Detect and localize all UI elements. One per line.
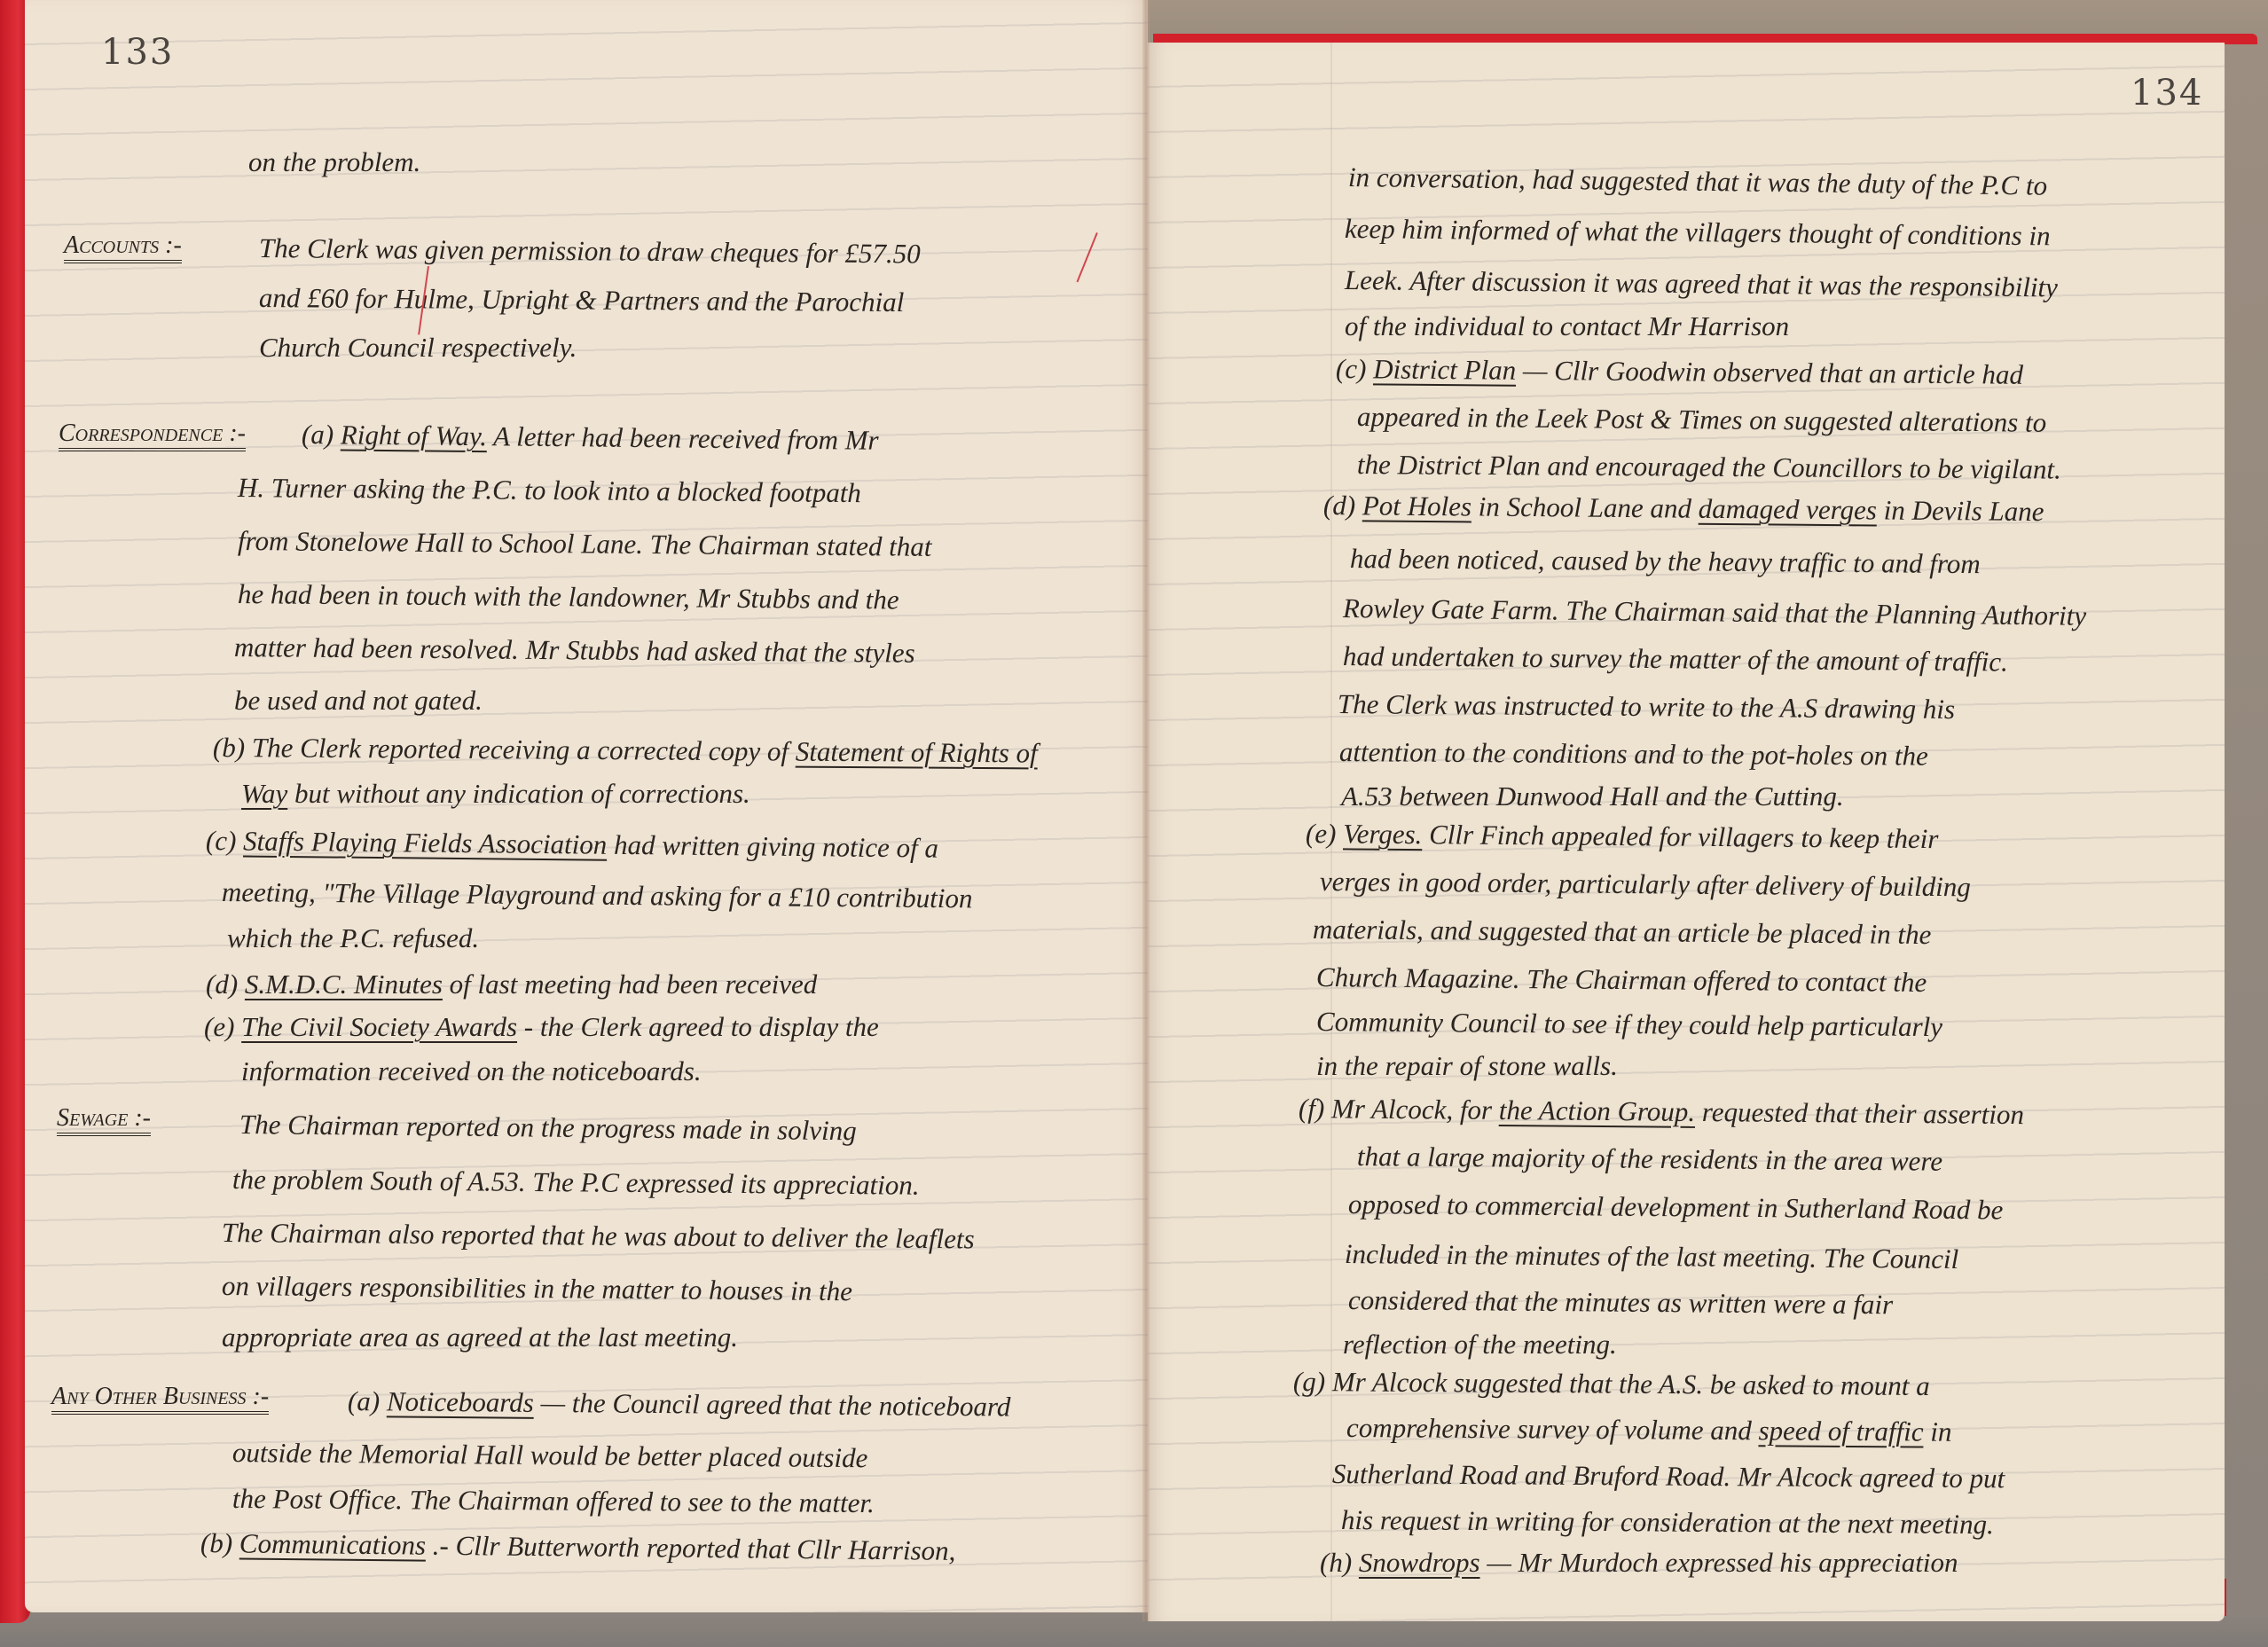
accounts-line-1: The Clerk was given permission to draw c…: [259, 232, 921, 271]
pot-holes-line-1: (d) Pot Holes in School Lane and damaged…: [1323, 490, 2044, 528]
district-plan-line-2: appeared in the Leek Post & Times on sug…: [1357, 401, 2047, 439]
heading-snowdrops: Snowdrops: [1359, 1547, 1480, 1578]
heading-right-of-way: Right of Way.: [341, 419, 487, 451]
heading-speed-of-traffic: speed of traffic: [1758, 1415, 1923, 1447]
heading-smdc-minutes: S.M.D.C. Minutes: [245, 969, 443, 1000]
heading-verges: Verges.: [1343, 818, 1423, 850]
communications-cont-line-4: of the individual to contact Mr Harrison: [1345, 310, 1789, 342]
correspondence-a-line-3: from Stonelowe Hall to School Lane. The …: [238, 525, 932, 563]
traffic-survey-line-4: his request in writing for consideration…: [1341, 1504, 1994, 1541]
verges-line-2: verges in good order, particularly after…: [1320, 866, 1971, 903]
verges-line-5: Community Council to see if they could h…: [1316, 1006, 1942, 1043]
action-group-line-4: included in the minutes of the last meet…: [1345, 1238, 1959, 1275]
verges-line-4: Church Magazine. The Chairman offered to…: [1316, 961, 1927, 999]
pot-holes-line-4: had undertaken to survey the matter of t…: [1343, 640, 2008, 678]
book-gutter: [1142, 0, 1150, 1621]
action-group-line-5: considered that the minutes as written w…: [1348, 1284, 1893, 1321]
verges-line-3: materials, and suggested that an article…: [1313, 914, 1932, 951]
sewage-line-4: on villagers responsibilities in the mat…: [222, 1270, 852, 1307]
accounts-line-3: Church Council respectively.: [259, 332, 577, 364]
heading-communications: Communications: [239, 1527, 426, 1560]
correspondence-b-line-2: Way but without any indication of correc…: [241, 778, 750, 810]
pot-holes-line-7: A.53 between Dunwood Hall and the Cuttin…: [1341, 780, 1844, 812]
heading-civil-society-awards: The Civil Society Awards: [241, 1011, 517, 1042]
sewage-line-3: The Chairman also reported that he was a…: [222, 1217, 975, 1255]
traffic-survey-line-2: comprehensive survey of volume and speed…: [1346, 1412, 1952, 1448]
section-heading-correspondence: Correspondence :-: [59, 420, 246, 451]
verges-line-1: (e) Verges. Cllr Finch appealed for vill…: [1306, 818, 1939, 855]
verges-line-6: in the repair of stone walls.: [1316, 1050, 1618, 1082]
district-plan-line-1: (c) District Plan — Cllr Goodwin observe…: [1336, 353, 2023, 391]
correspondence-e-line-2: information received on the noticeboards…: [241, 1055, 702, 1087]
section-heading-accounts: Accounts :-: [64, 232, 182, 263]
correspondence-a-line-2: H. Turner asking the P.C. to look into a…: [238, 472, 861, 509]
sewage-line-5: appropriate area as agreed at the last m…: [222, 1322, 738, 1353]
sewage-line-2: the problem South of A.53. The P.C expre…: [232, 1164, 920, 1202]
correspondence-a-line-1: (a) Right of Way. A letter had been rece…: [302, 419, 879, 457]
section-heading-sewage: Sewage :-: [57, 1105, 151, 1136]
aob-a-line-3: the Post Office. The Chairman offered to…: [232, 1483, 875, 1519]
sewage-line-1: The Chairman reported on the progress ma…: [239, 1109, 857, 1147]
district-plan-line-3: the District Plan and encouraged the Cou…: [1357, 449, 2061, 486]
correspondence-a-line-5: matter had been resolved. Mr Stubbs had …: [234, 631, 915, 670]
heading-pot-holes: Pot Holes: [1362, 490, 1471, 522]
action-group-line-6: reflection of the meeting.: [1343, 1329, 1617, 1361]
heading-district-plan: District Plan: [1373, 353, 1516, 385]
heading-action-group: the Action Group.: [1499, 1094, 1696, 1127]
heading-statement-of-rights: Statement of Rights of: [796, 736, 1038, 769]
action-group-line-3: opposed to commercial development in Sut…: [1348, 1188, 2004, 1226]
snowdrops-line-1: (h) Snowdrops — Mr Murdoch expressed his…: [1320, 1547, 1958, 1579]
action-group-line-1: (f) Mr Alcock, for the Action Group. req…: [1299, 1093, 2024, 1131]
heading-damaged-verges: damaged verges: [1699, 493, 1877, 526]
heading-staffs-playing-fields: Staffs Playing Fields Association: [243, 825, 608, 859]
pot-holes-line-2: had been noticed, caused by the heavy tr…: [1350, 543, 1981, 580]
correspondence-c-line-2: meeting, "The Village Playground and ask…: [222, 876, 973, 914]
section-heading-any-other-business: Any Other Business :-: [51, 1384, 269, 1415]
action-group-line-2: that a large majority of the residents i…: [1357, 1141, 1942, 1178]
correspondence-e-line-1: (e) The Civil Society Awards - the Clerk…: [204, 1011, 879, 1043]
correspondence-a-line-6: be used and not gated.: [234, 685, 483, 717]
correspondence-c-line-3: which the P.C. refused.: [227, 922, 479, 954]
carryover-line: on the problem.: [248, 146, 420, 178]
correspondence-b-line-1: (b) The Clerk reported receiving a corre…: [213, 732, 1038, 769]
correspondence-d-line-1: (d) S.M.D.C. Minutes of last meeting had…: [206, 969, 817, 1000]
heading-noticeboards: Noticeboards: [387, 1385, 534, 1417]
aob-a-line-2: outside the Memorial Hall would be bette…: [232, 1437, 868, 1474]
pot-holes-line-6: attention to the conditions and to the p…: [1339, 736, 1928, 773]
aob-a-line-1: (a) Noticeboards — the Council agreed th…: [348, 1385, 1011, 1423]
page-number-right: 134: [2131, 73, 2203, 114]
traffic-survey-line-1: (g) Mr Alcock suggested that the A.S. be…: [1293, 1366, 1930, 1402]
page-number-left: 133: [101, 32, 174, 73]
correspondence-a-line-4: he had been in touch with the landowner,…: [238, 578, 899, 616]
accounts-line-2: and £60 for Hulme, Upright & Partners an…: [259, 282, 905, 318]
pot-holes-line-5: The Clerk was instructed to write to the…: [1338, 688, 1955, 725]
traffic-survey-line-3: Sutherland Road and Bruford Road. Mr Alc…: [1332, 1458, 2005, 1494]
